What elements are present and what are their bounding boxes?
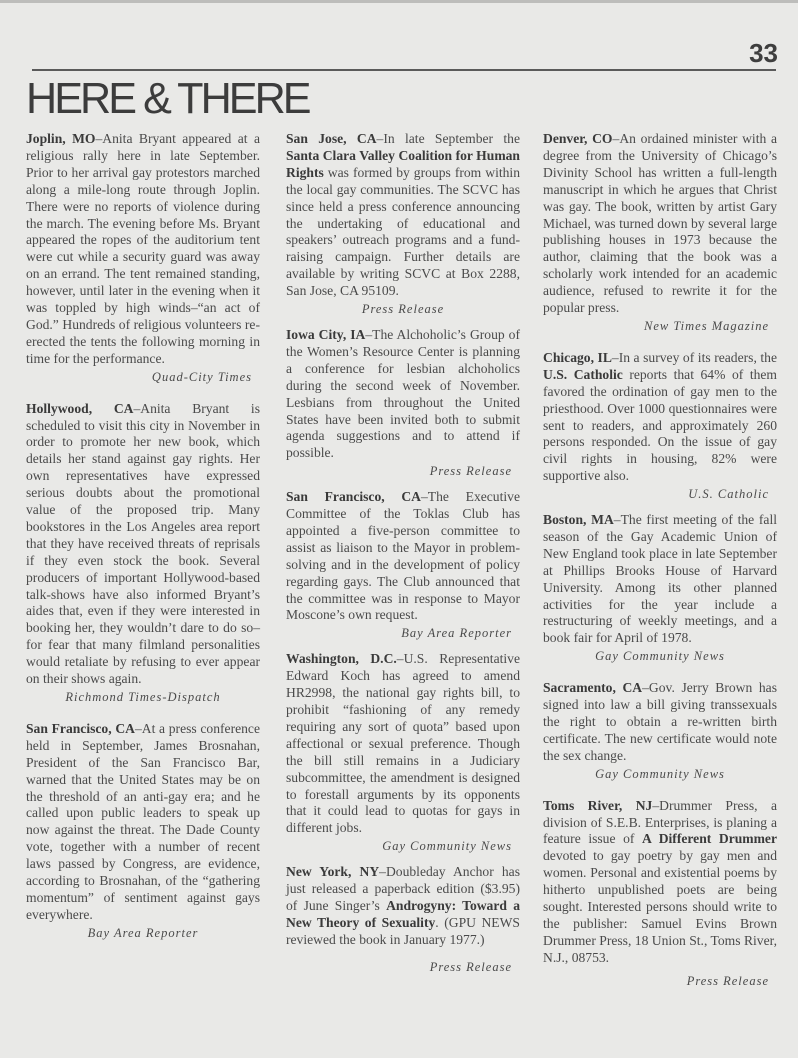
dateline: San Francisco, CA — [286, 489, 421, 504]
page-edge — [0, 0, 798, 3]
source-credit: New Times Magazine — [543, 318, 777, 335]
dateline: Iowa City, IA — [286, 327, 365, 342]
dateline: Chicago, IL — [543, 350, 612, 365]
source-credit: Gay Community News — [543, 766, 777, 783]
source-credit: U.S. Catholic — [543, 486, 777, 503]
dateline: San Jose, CA — [286, 131, 377, 146]
item-text: –The Executive Committee of the Toklas C… — [286, 489, 520, 622]
news-item-joplin: Joplin, MO–Anita Bryant appeared at a re… — [26, 131, 260, 386]
dateline: Boston, MA — [543, 512, 614, 527]
source-credit: Gay Community News — [286, 838, 520, 855]
column-2: San Jose, CA–In late September the Santa… — [286, 131, 520, 985]
news-item-sacramento: Sacramento, CA–Gov. Jerry Brown has sign… — [543, 680, 777, 782]
dateline: San Francisco, CA — [26, 721, 135, 736]
source-credit: Quad-City Times — [26, 369, 260, 386]
source-credit: Press Release — [286, 959, 520, 976]
source-credit: Press Release — [543, 973, 777, 990]
news-item-hollywood: Hollywood, CA–Anita Bryant is scheduled … — [26, 401, 260, 706]
item-text: was formed by groups from within the loc… — [286, 165, 520, 298]
dateline: Hollywood, CA — [26, 401, 133, 416]
news-item-san-francisco-toklas: San Francisco, CA–The Executive Committe… — [286, 489, 520, 642]
item-text: –Anita Bryant is scheduled to visit this… — [26, 401, 260, 687]
header-rule — [32, 69, 776, 71]
news-item-san-jose: San Jose, CA–In late September the Santa… — [286, 131, 520, 318]
page-number: 33 — [749, 38, 778, 69]
publication-name: A Different Drummer — [642, 831, 777, 846]
source-credit: Bay Area Reporter — [286, 625, 520, 642]
item-text-before: –In a survey of its readers, the — [612, 350, 777, 365]
dateline: New York, NY — [286, 864, 379, 879]
source-credit: Bay Area Reporter — [26, 925, 260, 942]
news-item-washington: Washington, D.C.–U.S. Representative Edw… — [286, 651, 520, 855]
column-1: Joplin, MO–Anita Bryant appeared at a re… — [26, 131, 260, 951]
source-credit: Richmond Times-Dispatch — [26, 689, 260, 706]
item-text: –At a press conference held in September… — [26, 721, 260, 922]
dateline: Sacramento, CA — [543, 680, 642, 695]
item-text: devoted to gay poetry by gay men and wom… — [543, 848, 777, 964]
source-credit: Press Release — [286, 301, 520, 318]
section-title: HERE & THERE — [26, 74, 309, 124]
item-text: reports that 64% of them favored the ord… — [543, 367, 777, 483]
column-3: Denver, CO–An ordained minister with a d… — [543, 131, 777, 999]
dateline: Joplin, MO — [26, 131, 95, 146]
dateline: Toms River, NJ — [543, 798, 652, 813]
item-text: –U.S. Representative Edward Koch has agr… — [286, 651, 520, 835]
item-text-before: –In late September the — [377, 131, 520, 146]
item-text: –The Alchoholic’s Group of the Women’s R… — [286, 327, 520, 460]
item-text: –The first meeting of the fall season of… — [543, 512, 777, 645]
source-credit: Gay Community News — [543, 648, 777, 665]
news-item-denver: Denver, CO–An ordained minister with a d… — [543, 131, 777, 335]
item-text: –An ordained minister with a degree from… — [543, 131, 777, 315]
news-item-iowa-city: Iowa City, IA–The Alchoholic’s Group of … — [286, 327, 520, 480]
news-item-san-francisco-bar: San Francisco, CA–At a press conference … — [26, 721, 260, 942]
item-text: –Anita Bryant appeared at a religious ra… — [26, 131, 260, 366]
news-item-chicago: Chicago, IL–In a survey of its readers, … — [543, 350, 777, 503]
dateline: Denver, CO — [543, 131, 613, 146]
news-item-boston: Boston, MA–The first meeting of the fall… — [543, 512, 777, 665]
news-item-toms-river: Toms River, NJ–Drummer Press, a division… — [543, 798, 777, 990]
publication-name: U.S. Catholic — [543, 367, 623, 382]
source-credit: Press Release — [286, 463, 520, 480]
dateline: Washington, D.C. — [286, 651, 397, 666]
news-item-new-york: New York, NY–Doubleday Anchor has just r… — [286, 864, 520, 975]
